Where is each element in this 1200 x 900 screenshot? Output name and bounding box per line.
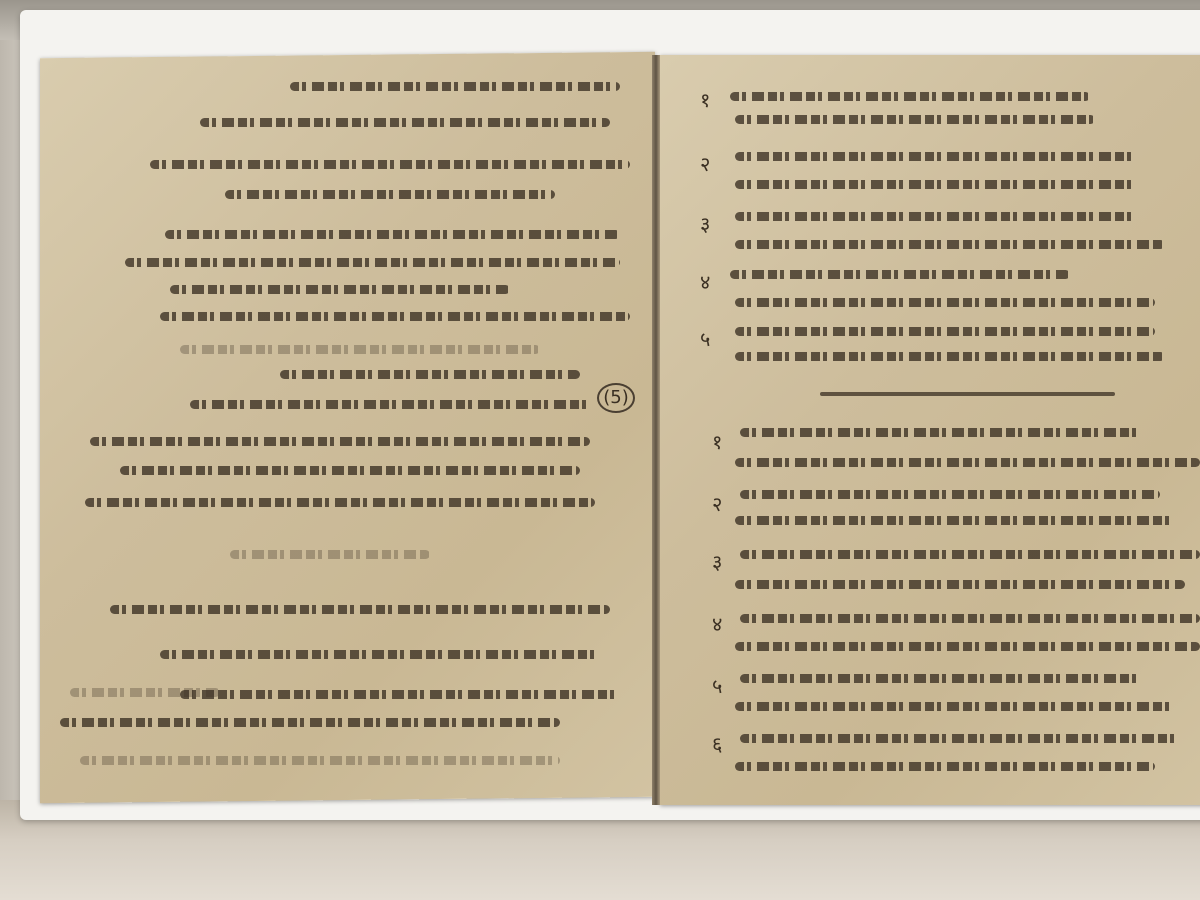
section-divider (820, 392, 1115, 396)
line-number: १ (700, 86, 710, 113)
line-number: ५ (712, 672, 722, 699)
line-number: ६ (712, 730, 722, 757)
line-number: ५ (700, 325, 710, 352)
line-number: ३ (712, 548, 722, 575)
line-number: २ (700, 150, 710, 177)
line-number: ३ (700, 210, 710, 237)
line-number: ४ (712, 610, 722, 637)
line-number: २ (712, 490, 722, 517)
book-spine (652, 55, 660, 805)
line-number: ४ (700, 268, 710, 295)
line-number: १ (712, 428, 722, 455)
circled-number-5: (5) (597, 383, 635, 413)
